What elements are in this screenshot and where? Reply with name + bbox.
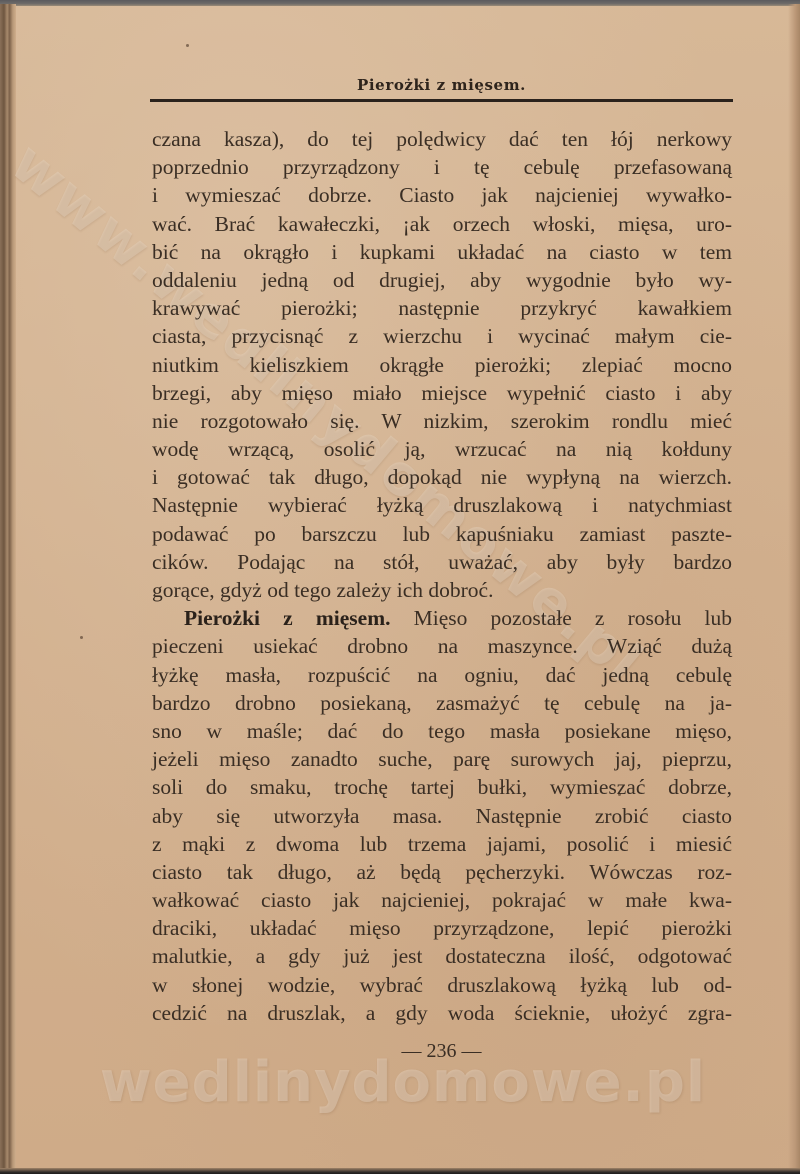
page-right-edge: [788, 4, 800, 1174]
recipe-heading: Pierożki z mięsem.: [184, 606, 391, 630]
text-line: poprzednio przyrządzony i tę cebulę prze…: [152, 153, 732, 181]
text-line: malutkie, a gdy już jest dostateczna ilo…: [152, 942, 732, 970]
text-line: i gotować tak długo, dopokąd nie wypłyną…: [152, 463, 732, 491]
text-line: aby się utworzyła masa. Następnie zrobić…: [152, 802, 732, 830]
text-line: wać. Brać kawałeczki, ¡ak orzech włoski,…: [152, 210, 732, 238]
text-line-paragraph-end: gorące, gdyż od tego zależy ich dobroć.: [152, 576, 732, 604]
text-line: soli do smaku, trochę tartej bułki, wymi…: [152, 773, 732, 801]
page-bottom-edge: [0, 1168, 800, 1174]
text-line: cedzić na druszlak, a gdy woda ścieknie,…: [152, 999, 732, 1027]
text-line: Następnie wybierać łyżką druszlakową i n…: [152, 491, 732, 519]
text-line: wodę wrzącą, osolić ją, wrzucać na nią k…: [152, 435, 732, 463]
text-line: ciasta, przycisnąć z wierzchu i wycinać …: [152, 322, 732, 350]
text-line: brzegi, aby mięso miało miejsce wypełnić…: [152, 379, 732, 407]
text-line: bić na okrągło i kupkami układać na cias…: [152, 238, 732, 266]
text-line: z mąki z dwoma lub trzema jajami, posoli…: [152, 830, 732, 858]
page-top-edge: [0, 0, 800, 6]
text-line: draciki, układać mięso przyrządzone, lep…: [152, 914, 732, 942]
recipe-heading-line: Pierożki z mięsem. Mięso pozostałe z ros…: [152, 604, 732, 632]
text-line: nie rozgotowało się. W nizkim, szerokim …: [152, 407, 732, 435]
paper-speck: [618, 793, 621, 796]
text-line: oddaleniu jedną od drugiej, aby wygodnie…: [152, 266, 732, 294]
paper-speck: [80, 636, 83, 639]
bottom-watermark: wedlinydomowe.pl: [78, 1050, 728, 1115]
text-line: czana kasza), do tej polędwicy dać ten ł…: [152, 125, 732, 153]
text-line: w słonej wodzie, wybrać druszlakową łyżk…: [152, 971, 732, 999]
text-line: bardzo drobno posiekaną, zasmażyć tę ceb…: [152, 689, 732, 717]
text-line: jeżeli mięso zanadto suche, parę surowyc…: [152, 745, 732, 773]
text-line: niutkim kieliszkiem okrągłe pierożki; zl…: [152, 351, 732, 379]
text-line: podawać po barszczu lub kapuśniaku zamia…: [152, 520, 732, 548]
text-line: pieczeni usiekać drobno na maszynce. Wzi…: [152, 632, 732, 660]
text-line: wałkować ciasto jak najcieniej, pokrajać…: [152, 886, 732, 914]
book-page: www.wedlinydomowe.pl Pierożki z mięsem. …: [0, 0, 800, 1174]
text-line: cików. Podając na stół, uważać, aby były…: [152, 548, 732, 576]
text-line: sno w maśle; dać do tego masła posiekane…: [152, 717, 732, 745]
paper-speck: [186, 44, 189, 47]
text-line: ciasto tak długo, aż będą pęcherzyki. Wó…: [152, 858, 732, 886]
text-line: krawywać pierożki; następnie przykryć ka…: [152, 294, 732, 322]
running-head: Pierożki z mięsem.: [150, 76, 733, 94]
text-line: i wymieszać dobrze. Ciasto jak najcienie…: [152, 181, 732, 209]
header-rule: [150, 99, 733, 102]
body-text: czana kasza), do tej polędwicy dać ten ł…: [152, 125, 732, 1027]
text-line: łyżkę masła, rozpuścić na ogniu, dać jed…: [152, 661, 732, 689]
